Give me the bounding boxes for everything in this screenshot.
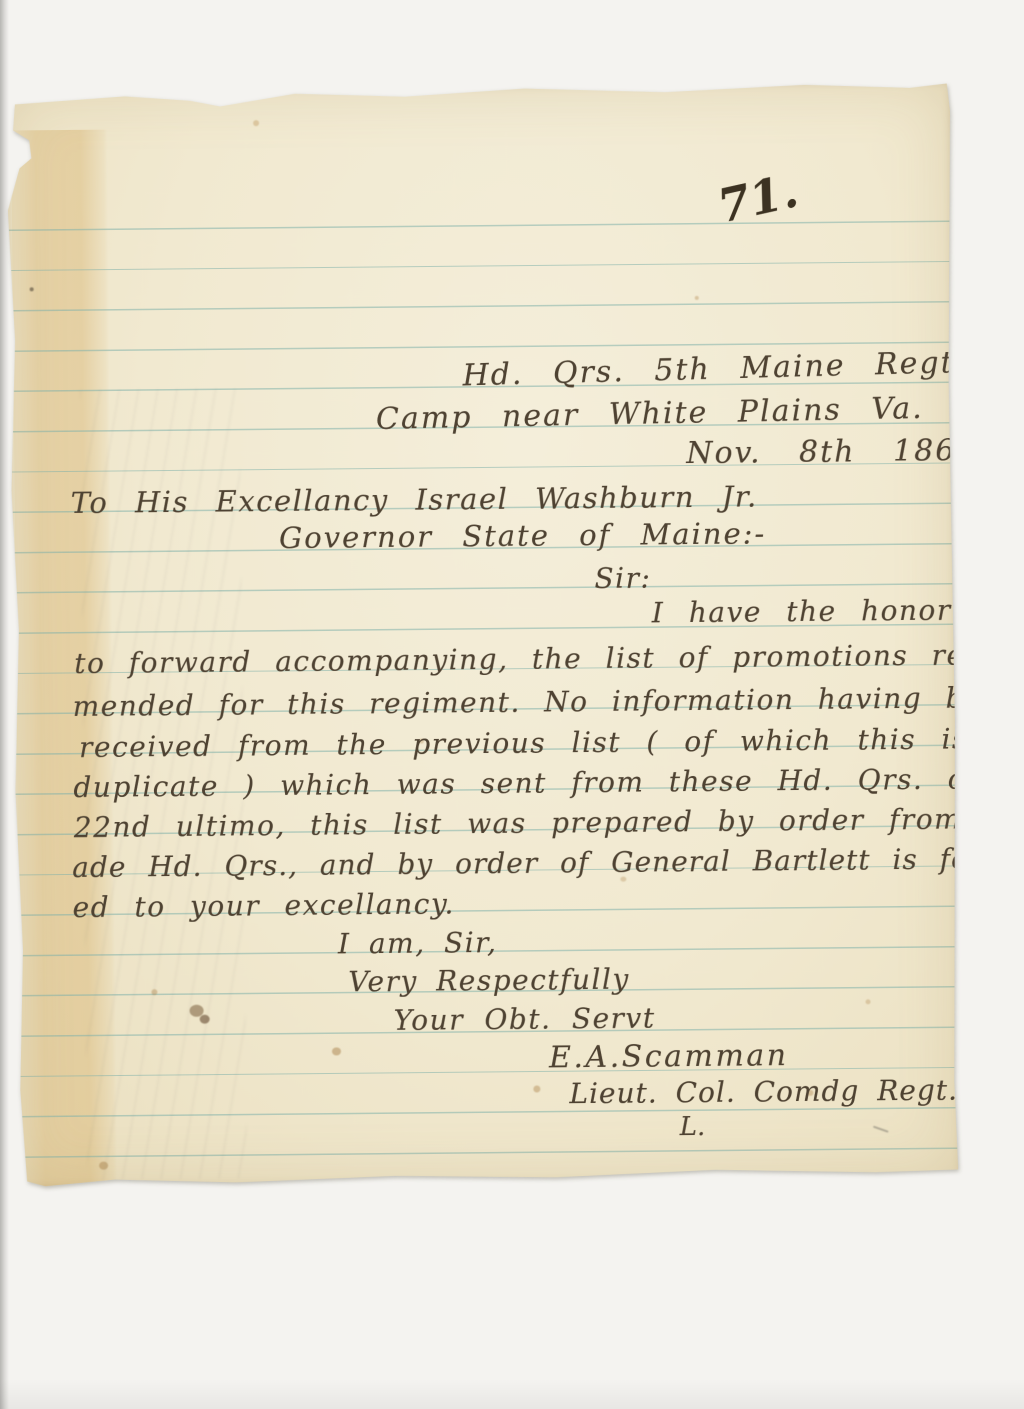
fox-spot [866, 999, 871, 1004]
scanned-letter-page: 71. Hd. Qrs. 5th Maine Regt Camp near Wh… [0, 0, 1024, 1409]
closing-line: I am, Sir, [338, 926, 498, 961]
closing-line: Very Respectfully [348, 963, 630, 999]
fox-spot [253, 120, 259, 126]
fox-spot [200, 1015, 210, 1024]
paper-sheet: 71. Hd. Qrs. 5th Maine Regt Camp near Wh… [5, 81, 960, 1187]
recipient-title-line: Governor State of Maine:- [279, 516, 766, 555]
paper-surface: 71. Hd. Qrs. 5th Maine Regt Camp near Wh… [5, 81, 960, 1187]
fox-spot [30, 287, 34, 291]
recipient-name-line: To His Excellancy Israel Washburn Jr. [71, 479, 758, 520]
fox-spot [332, 1047, 341, 1055]
signature-name: E.A.Scamman [549, 1038, 789, 1075]
salutation: Sir: [594, 561, 651, 595]
heading-date-line: Nov. 8th 1862 [686, 433, 977, 471]
closing-line: Your Obt. Servt [394, 1001, 656, 1037]
fox-spot [533, 1085, 540, 1092]
flourish-mark: L. [680, 1112, 706, 1142]
signature-title: Lieut. Col. Comdg Regt. [569, 1073, 958, 1110]
body-line: ed to your excellancy. [72, 887, 455, 924]
body-line: I have the honor [652, 593, 952, 629]
fox-spot [99, 1162, 108, 1170]
fox-spot [151, 989, 157, 995]
fox-spot [695, 296, 699, 300]
scanner-bottom-shade [0, 1379, 1024, 1409]
